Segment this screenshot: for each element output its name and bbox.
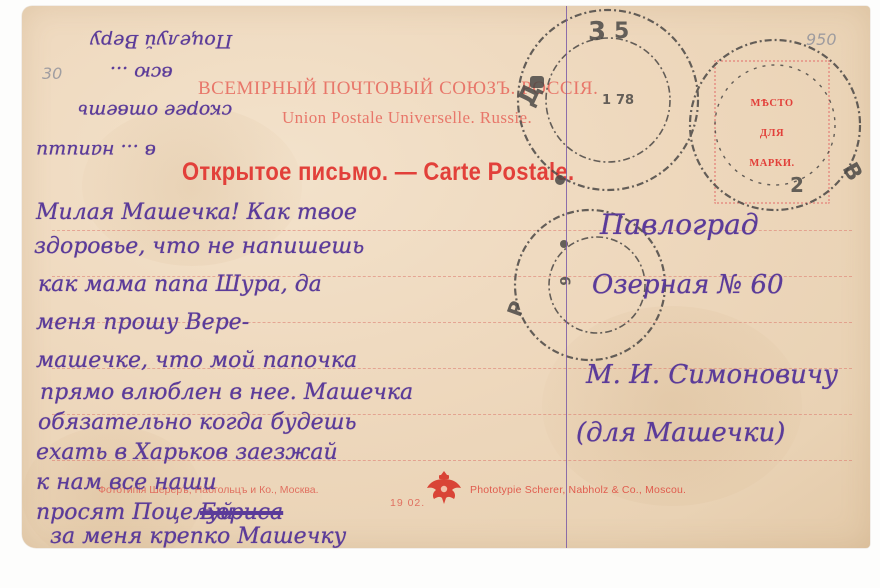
address-city: Павлоград [600, 208, 759, 241]
message-line-11: за меня крепко Машечку [50, 524, 346, 549]
address-recipient: М. И. Симоновичу [586, 360, 838, 390]
message-line-5: машечке, что мой папочка [36, 348, 357, 373]
printed-footer-right: Phototypie Scherer, Nabholz & Co., Mosco… [470, 484, 686, 496]
message-line-7: обязательно когда будешь [38, 410, 356, 435]
handwriting-upside-3: скорее ответь [78, 100, 232, 122]
pencil-note-top: 950 [806, 30, 837, 49]
handwriting-upside-4: в ... напиши [36, 140, 156, 162]
stamp-label-line: ДЛЯ [716, 128, 828, 139]
message-line-9: к нам все наши [36, 470, 217, 495]
printed-footer-year: 19 02. [390, 497, 425, 509]
printed-union-fr: Union Postale Universelle. Russie. [282, 108, 532, 128]
message-line-1: Милая Машечка! Как твое [36, 200, 357, 225]
handwriting-upside-1: Поцелуй Веру [90, 30, 232, 52]
stamp-label-line: МАРКИ. [716, 158, 828, 169]
message-struck-word: Бориса [200, 500, 283, 525]
message-line-6: прямо влюблен в нее. Машечка [40, 380, 413, 405]
address-care-of: (для Машечки) [576, 418, 785, 448]
printed-title: Открытое письмо. — Carte Postale. [182, 157, 574, 187]
imperial-eagle-icon [424, 468, 464, 508]
message-line-2: здоровье, что не напишешь [34, 234, 364, 259]
handwriting-upside-2: всю ... [110, 62, 173, 84]
stamp-placeholder: МѢСТО ДЛЯ МАРКИ. [714, 60, 830, 204]
stain [542, 306, 802, 506]
stamp-label-line: МѢСТО [716, 98, 828, 109]
message-line-4: меня прошу Вере- [36, 310, 249, 335]
address-street: Озерная № 60 [592, 270, 784, 300]
address-divider-line [566, 6, 567, 548]
pencil-note-left: 30 [42, 64, 62, 83]
message-line-3: как мама папа Шура, да [38, 272, 322, 297]
message-line-8: ехать в Харьков заезжай [36, 440, 338, 465]
printed-union-ru: ВСЕМІРНЫЙ ПОЧТОВЫЙ СОЮЗЪ. РОССІЯ. [198, 78, 598, 100]
